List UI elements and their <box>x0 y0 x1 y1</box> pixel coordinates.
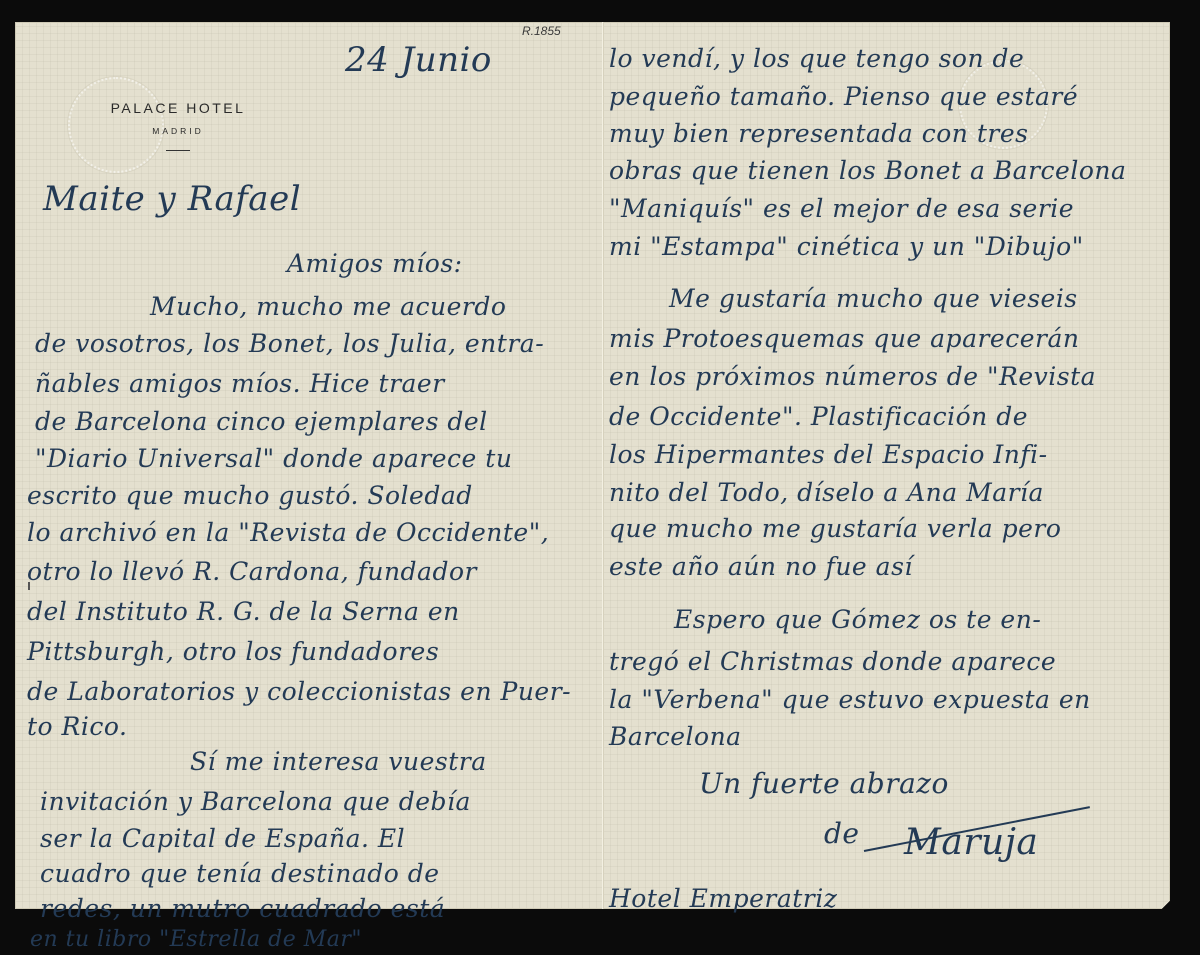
body-line: Barcelona <box>609 722 742 751</box>
body-line: Sí me interesa vuestra <box>190 747 487 776</box>
body-line: Pittsburgh, otro los fundadores <box>27 637 439 666</box>
body-line: ser la Capital de España. El <box>40 824 405 853</box>
body-line: de Barcelona cinco ejemplares del <box>35 407 488 436</box>
letterhead-rule <box>166 150 190 151</box>
letter-date: 24 Junio <box>345 40 492 80</box>
body-line: de Laboratorios y coleccionistas en Puer… <box>27 677 571 706</box>
body-line: los Hipermantes del Espacio Infi- <box>609 440 1048 469</box>
body-line: en los próximos números de "Revista <box>609 362 1096 391</box>
body-line: Espero que Gómez os te en- <box>674 605 1041 634</box>
body-line: muy bien representada con tres <box>609 119 1028 148</box>
body-line: ñables amigos míos. Hice traer <box>35 369 445 398</box>
body-line: que mucho me gustaría verla pero <box>609 514 1061 543</box>
body-line: Me gustaría mucho que vieseis <box>669 284 1078 313</box>
body-line: invitación y Barcelona que debía <box>40 787 471 816</box>
body-line: cuadro que tenía destinado de <box>40 859 440 888</box>
left-page: PALACE HOTEL MADRID R.1855 24 Junio Mait… <box>15 22 602 909</box>
body-line: escrito que mucho gustó. Soledad <box>27 481 473 510</box>
body-line: Amigos míos: <box>287 249 463 278</box>
body-line: tregó el Christmas donde aparece <box>609 647 1056 676</box>
body-line: "Diario Universal" donde aparece tu <box>35 444 512 473</box>
salutation: Maite y Rafael <box>43 179 301 219</box>
body-line: este año aún no fue así <box>609 552 913 581</box>
sender-address: Hotel Emperatriz <box>609 884 837 913</box>
body-line: de Occidente". Plastificación de <box>609 402 1028 431</box>
body-line: lo vendí, y los que tengo son de <box>609 44 1024 73</box>
body-line: mis Protoesquemas que aparecerán <box>609 324 1079 353</box>
archive-reference: R.1855 <box>522 24 561 38</box>
body-line: to Rico. <box>27 712 127 741</box>
closing-de: de <box>824 817 860 850</box>
right-page: lo vendí, y los que tengo son de pequeño… <box>604 22 1170 909</box>
body-line: del Instituto R. G. de la Serna en <box>27 597 460 626</box>
body-line: lo archivó en la "Revista de Occidente", <box>27 518 549 547</box>
body-line: redes, un mutro cuadrado está <box>40 894 445 923</box>
body-line: pequeño tamaño. Pienso que estaré <box>609 82 1078 111</box>
body-line: otro lo llevó R. Cardona, fundador <box>27 557 477 586</box>
body-line: "Maniquís" es el mejor de esa serie <box>609 194 1074 223</box>
body-line: Mucho, mucho me acuerdo <box>150 292 506 321</box>
body-line: la "Verbena" que estuvo expuesta en <box>609 685 1091 714</box>
letterhead: PALACE HOTEL MADRID <box>83 100 273 151</box>
body-line: obras que tienen los Bonet a Barcelona <box>609 156 1126 185</box>
letter-sheet: PALACE HOTEL MADRID R.1855 24 Junio Mait… <box>15 22 1170 909</box>
letterhead-city: MADRID <box>83 126 273 136</box>
body-line: en tu libro "Estrella de Mar" <box>30 927 362 952</box>
body-line: nito del Todo, díselo a Ana María <box>609 478 1044 507</box>
center-fold <box>602 22 603 909</box>
body-line: de vosotros, los Bonet, los Julia, entra… <box>35 329 544 358</box>
letterhead-hotel-name: PALACE HOTEL <box>83 100 273 116</box>
body-line: mi "Estampa" cinética y un "Dibujo" <box>609 232 1084 261</box>
closing-line: Un fuerte abrazo <box>699 767 949 800</box>
